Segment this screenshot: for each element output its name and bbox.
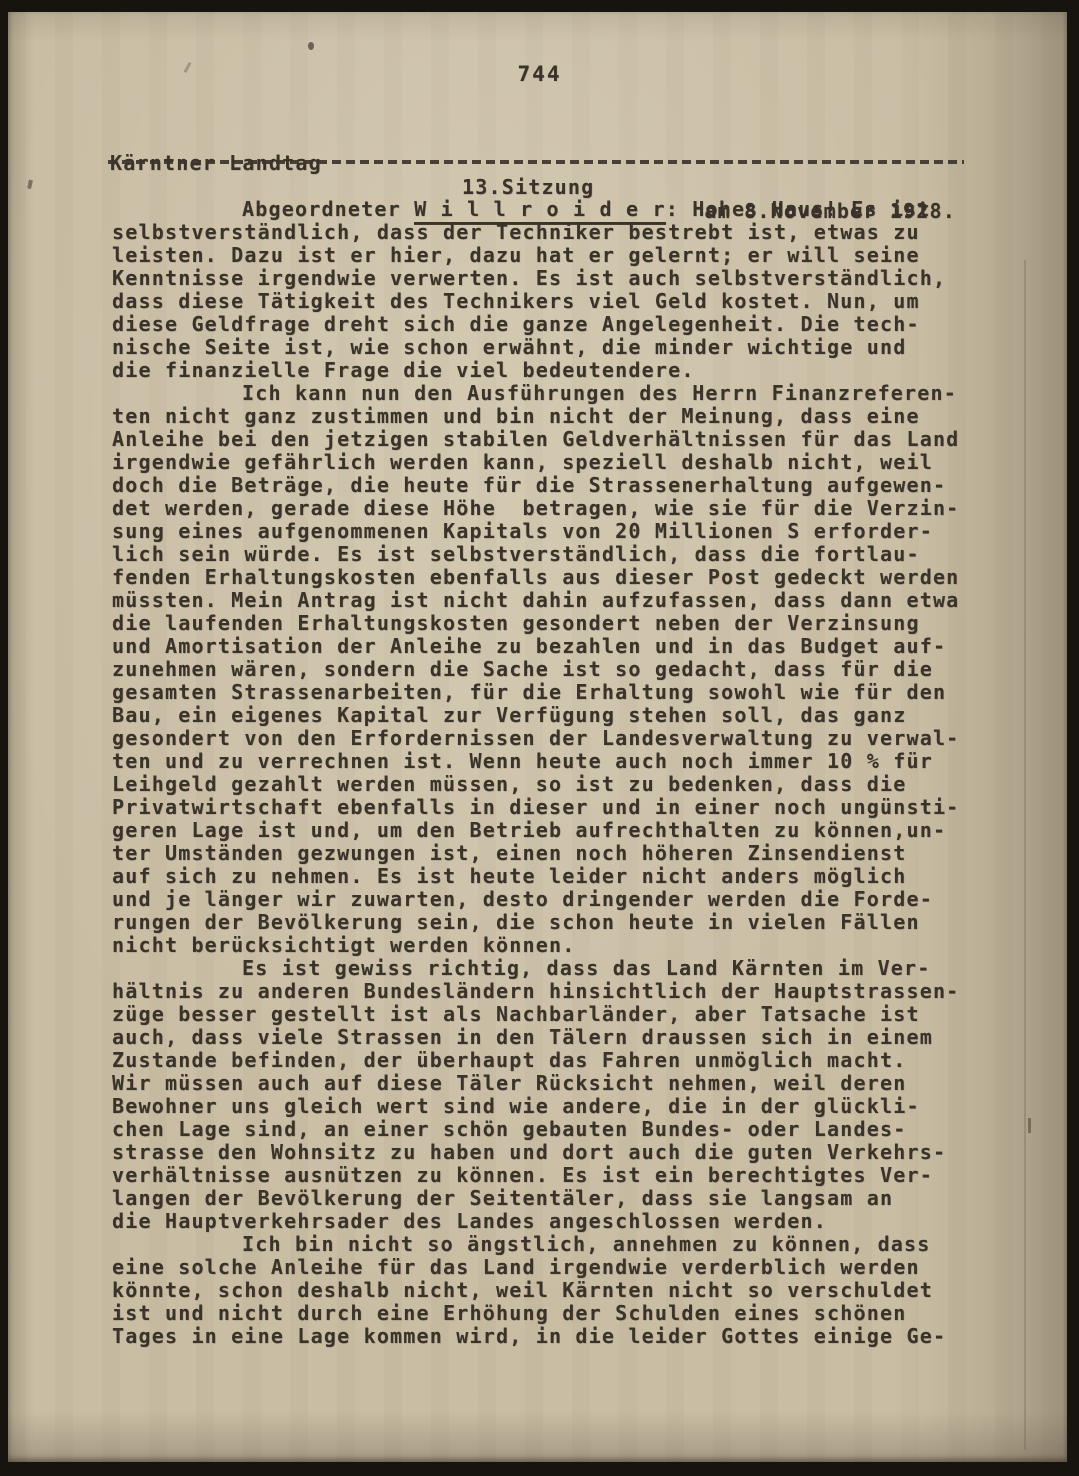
paragraph: Es ist gewiss richtig, dass das Land Kär… (112, 957, 974, 1233)
text-line: und Amortisation der Anleihe zu bezahlen… (112, 635, 974, 658)
text-line: Es ist gewiss richtig, dass das Land Kär… (112, 957, 974, 980)
text-line: sung eines aufgenommenen Kapitals von 20… (112, 520, 974, 543)
session-header: Kärntner Landtag 13.Sitzung am 8.Novembe… (110, 127, 962, 153)
page-content: 744 Kärntner Landtag 13.Sitzung am 8.Nov… (0, 0, 1079, 1476)
text-line: Abgeordneter W i l l r o i d e r: Hohes … (112, 198, 974, 221)
text-line: doch die Beträge, die heute für die Stra… (112, 474, 974, 497)
text-line: auf sich zu nehmen. Es ist heute leider … (112, 865, 974, 888)
text-line: irgendwie gefährlich werden kann, spezie… (112, 451, 974, 474)
text-line: dass diese Tätigkeit des Technikers viel… (112, 290, 974, 313)
paragraph: Ich bin nicht so ängstlich, annehmen zu … (112, 1233, 974, 1348)
text-line: gesamten Strassenarbeiten, für die Erhal… (112, 681, 974, 704)
text-line: hältnis zu anderen Bundesländern hinsich… (112, 980, 974, 1003)
text-line: die Hauptverkehrsader des Landes angesch… (112, 1210, 974, 1233)
text-line: ten und zu verrechnen ist. Wenn heute au… (112, 750, 974, 773)
text-line: Bewohner uns gleich wert sind wie andere… (112, 1095, 974, 1118)
text-line: müssten. Mein Antrag ist nicht dahin auf… (112, 589, 974, 612)
text-line: leisten. Dazu ist er hier, dazu hat er g… (112, 244, 974, 267)
text-line: chen Lage sind, an einer schön gebauten … (112, 1118, 974, 1141)
ink-speck (1028, 1118, 1031, 1133)
text-line: Privatwirtschaft ebenfalls in dieser und… (112, 796, 974, 819)
text-line: zunehmen wären, sondern die Sache ist so… (112, 658, 974, 681)
text-line: die finanzielle Frage die viel bedeutend… (112, 359, 974, 382)
text-line: Zustande befinden, der überhaupt das Fah… (112, 1049, 974, 1072)
text-line: nicht berücksichtigt werden können. (112, 934, 974, 957)
text-line: Ich bin nicht so ängstlich, annehmen zu … (112, 1233, 974, 1256)
text-line: eine solche Anleihe für das Land irgendw… (112, 1256, 974, 1279)
text-line: Tages in eine Lage kommen wird, in die l… (112, 1325, 974, 1348)
text-line: Leihgeld gezahlt werden müssen, so ist z… (112, 773, 974, 796)
text-line: strasse den Wohnsitz zu haben und dort a… (112, 1141, 974, 1164)
text-line: Ich kann nun den Ausführungen des Herrn … (112, 382, 974, 405)
page-number: 744 (0, 62, 1079, 86)
text-line: und je länger wir zuwarten, desto dringe… (112, 888, 974, 911)
text-line: diese Geldfrage dreht sich die ganze Ang… (112, 313, 974, 336)
text-line: ten nicht ganz zustimmen und bin nicht d… (112, 405, 974, 428)
text-line: könnte, schon deshalb nicht, weil Kärnte… (112, 1279, 974, 1302)
text-line: lich sein würde. Es ist selbstverständli… (112, 543, 974, 566)
text-line: geren Lage ist und, um den Betrieb aufre… (112, 819, 974, 842)
ink-speck (308, 42, 314, 50)
text-line: nische Seite ist, wie schon erwähnt, die… (112, 336, 974, 359)
text-line: verhältnisse ausnützen zu können. Es ist… (112, 1164, 974, 1187)
text-line: auch, dass viele Strassen in den Tälern … (112, 1026, 974, 1049)
header-session: 13.Sitzung (462, 175, 594, 199)
text-line: selbstverständlich, dass der Techniker b… (112, 221, 974, 244)
text-line: ter Umständen gezwungen ist, einen noch … (112, 842, 974, 865)
text-line: Anleihe bei den jetzigen stabilen Geldve… (112, 428, 974, 451)
text-line: fenden Erhaltungskosten ebenfalls aus di… (112, 566, 974, 589)
page-edge-line (1024, 260, 1026, 1450)
text-line: det werden, gerade diese Höhe betragen, … (112, 497, 974, 520)
text-line: züge besser gestellt ist als Nachbarländ… (112, 1003, 974, 1026)
text-line: Kenntnisse irgendwie verwerten. Es ist a… (112, 267, 974, 290)
ink-speck (27, 180, 33, 190)
text-line: die laufenden Erhaltungskosten gesondert… (112, 612, 974, 635)
text-line: rungen der Bevölkerung sein, die schon h… (112, 911, 974, 934)
text-line: Wir müssen auch auf diese Täler Rücksich… (112, 1072, 974, 1095)
text-line: gesondert von den Erfordernissen der Lan… (112, 727, 974, 750)
scanned-page: 744 Kärntner Landtag 13.Sitzung am 8.Nov… (0, 0, 1079, 1476)
paragraph: Abgeordneter W i l l r o i d e r: Hohes … (112, 198, 974, 382)
text-line: Bau, ein eigenes Kapital zur Verfügung s… (112, 704, 974, 727)
dashed-divider (108, 160, 964, 164)
speech-text: Abgeordneter W i l l r o i d e r: Hohes … (112, 198, 974, 1348)
text-line: langen der Bevölkerung der Seitentäler, … (112, 1187, 974, 1210)
text-line: ist und nicht durch eine Erhöhung der Sc… (112, 1302, 974, 1325)
paragraph: Ich kann nun den Ausführungen des Herrn … (112, 382, 974, 957)
